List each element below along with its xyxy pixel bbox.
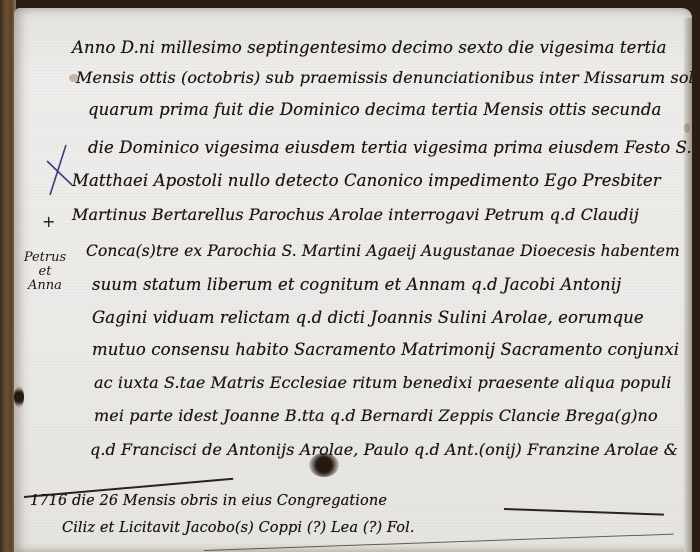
margin-name-bride: Anna [20,279,70,293]
signature-rule [504,508,664,515]
margin-name-groom: Petrus [20,251,70,265]
paper-stain [684,123,690,133]
body-line-2: Mensis ottis (octobris) sub praemissis d… [76,68,692,87]
body-line-13: q.d Francisci de Antonijs Arolae, Paulo … [90,440,678,459]
body-line-9: Gagini viduam relictam q.d dicti Joannis… [92,308,644,327]
manuscript-page: + Petrus et Anna Anno D.ni millesimo sep… [14,8,692,552]
body-line-4: die Dominico vigesima eiusdem tertia vig… [88,138,692,157]
body-line-6: Martinus Bertarellus Parochus Arolae int… [72,205,639,224]
body-line-12: mei parte idest Joanne B.tta q.d Bernard… [94,406,658,425]
body-line-3: quarum prima fuit die Dominico decima te… [88,100,661,119]
body-line-10: mutuo consensu habito Sacramento Matrimo… [92,340,679,359]
x-mark-icon [44,143,74,198]
footer-note-line-1: 1716 die 26 Mensis obris in eius Congreg… [30,493,387,509]
body-line-8: suum statum liberum et cognitum et Annam… [92,275,621,294]
margin-conjunction: et [20,265,70,279]
body-line-11: ac iuxta S.tae Matris Ecclesiae ritum be… [94,373,671,392]
cross-icon: + [42,212,55,231]
page-edge [684,18,692,552]
bottom-rule [204,534,674,551]
body-line-5: Matthaei Apostoli nullo detecto Canonico… [72,171,661,190]
margin-names: Petrus et Anna [20,251,70,293]
body-line-7: Conca(s)tre ex Parochia S. Martini Agaei… [86,242,680,260]
footer-note-line-2: Ciliz et Licitavit Jacobo(s) Coppi (?) L… [62,520,415,536]
body-line-1: Anno D.ni millesimo septingentesimo deci… [72,38,667,57]
ink-blot [14,386,24,408]
